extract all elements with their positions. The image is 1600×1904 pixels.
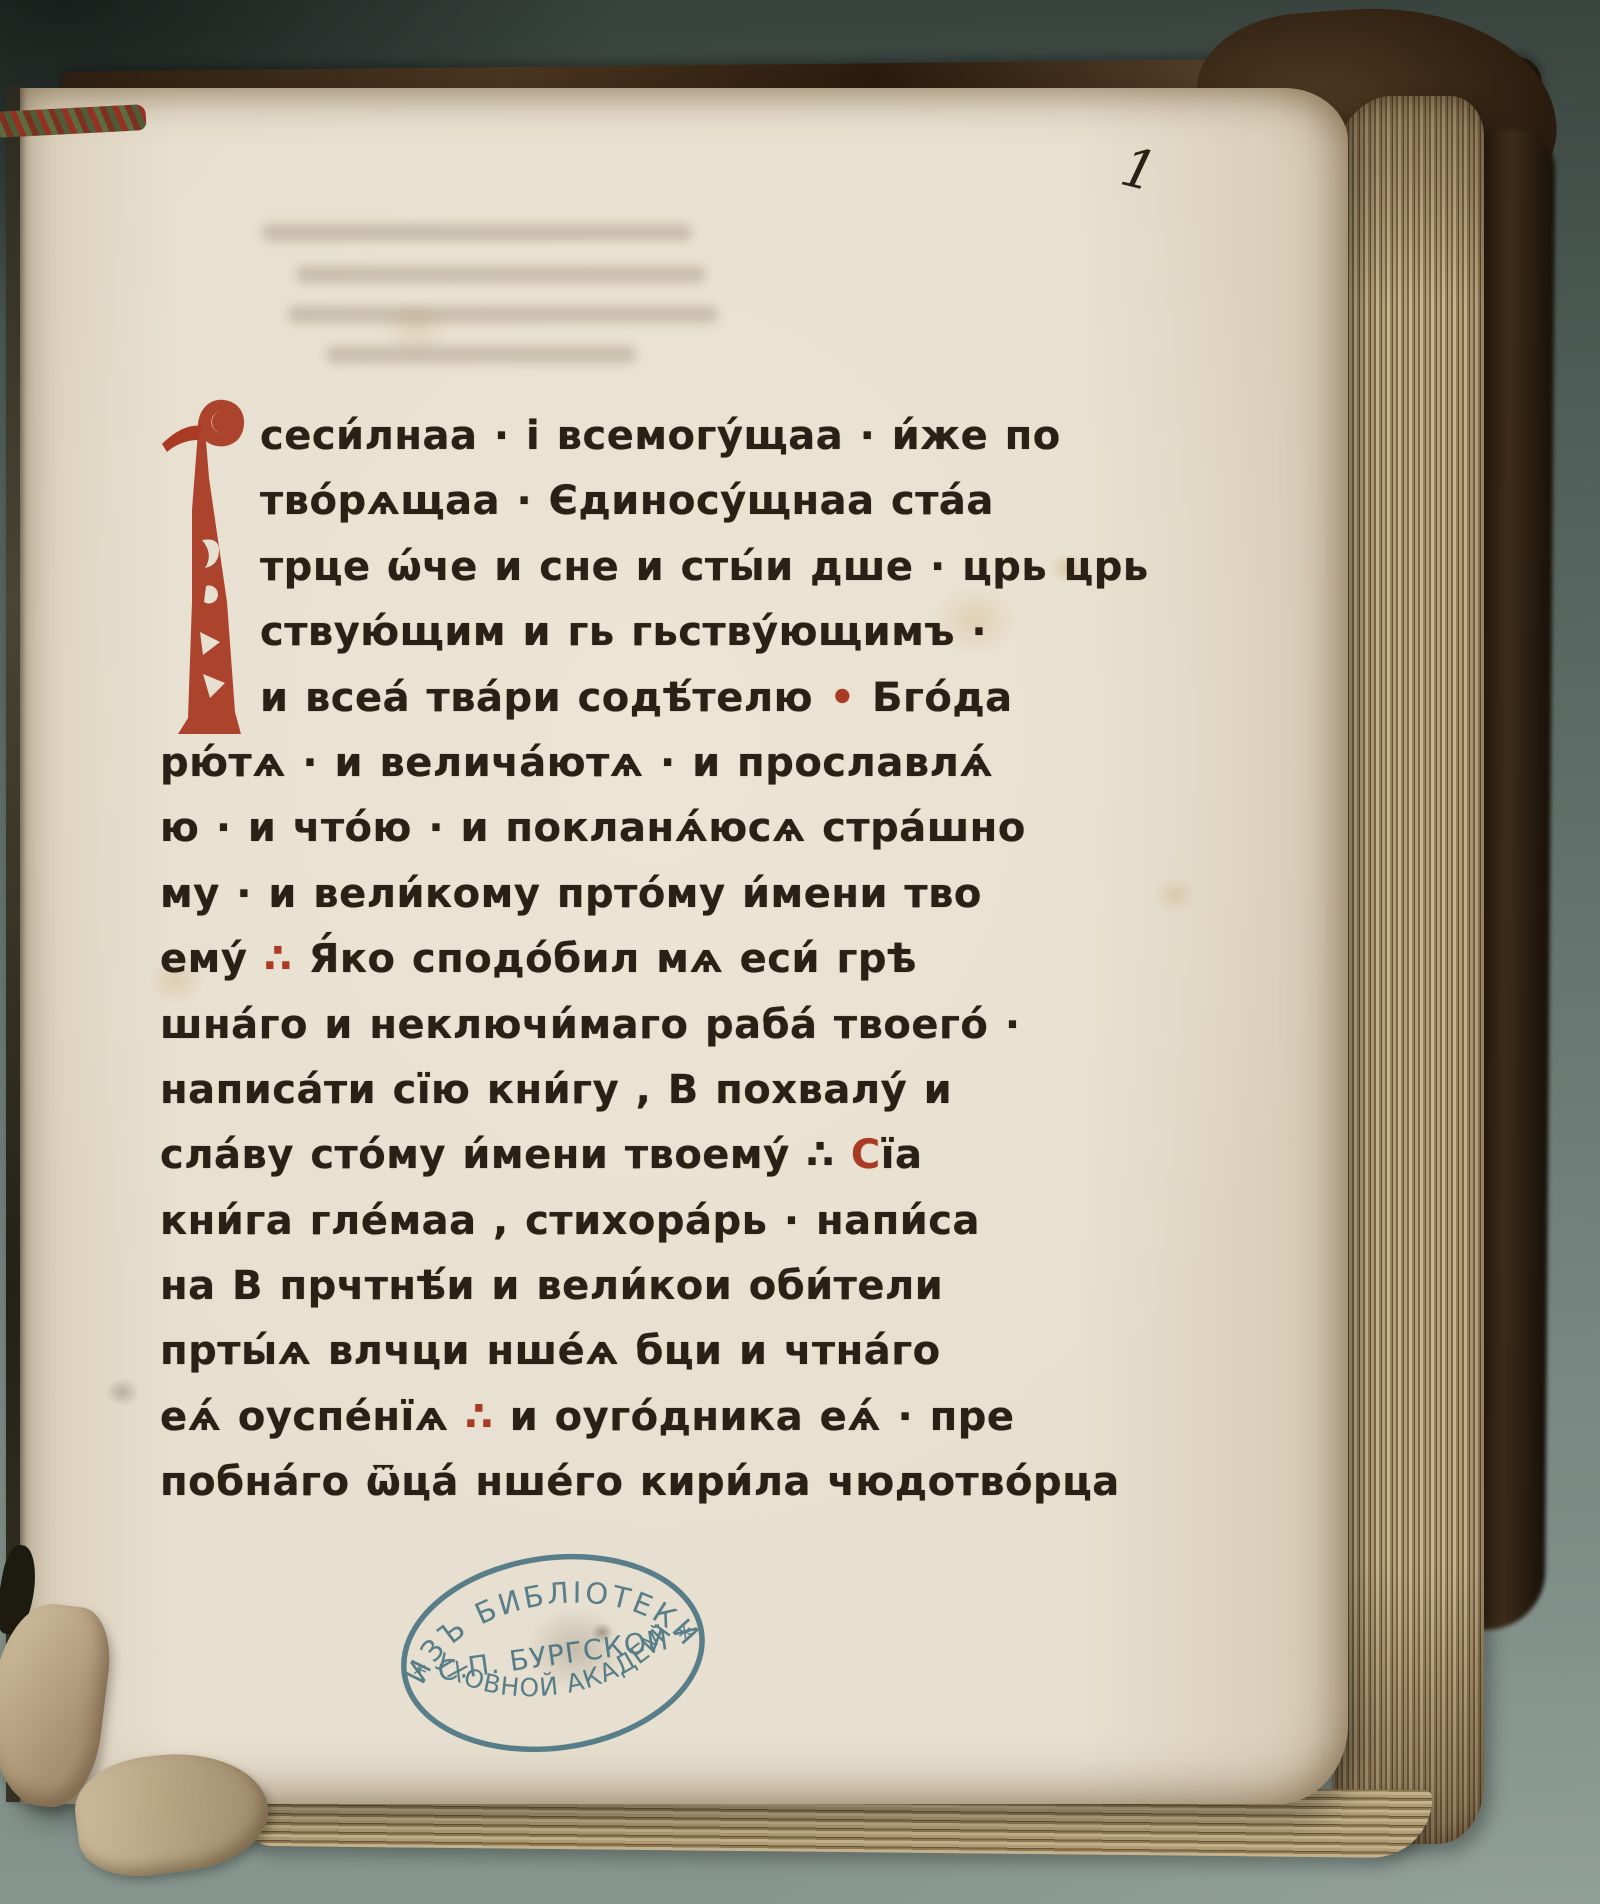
text-run: побна́го ѿца́ нше́го кири́ла чюдотво́рца: [160, 1459, 1120, 1505]
text-run: и всеа́ тва́ри содѣ́телю: [260, 675, 829, 721]
manuscript-line: рю́тѧ · и велича́ютѧ · и прославлѧ́: [160, 731, 1090, 796]
manuscript-line: трце ѡ́че и сне и сты́и дше · црь црь: [160, 535, 1090, 600]
show-through-text-line: [296, 266, 706, 283]
text-run: їа: [881, 1132, 923, 1178]
text-run: и оуго́дника еѧ́ · пре: [493, 1394, 1014, 1440]
rubric-text-run: •: [829, 675, 855, 721]
text-run: написа́ти сїю кни́гу , В похвалу́ и: [160, 1067, 952, 1113]
manuscript-line: на В прчтнѣ́и и вели́кои оби́тели: [160, 1254, 1090, 1319]
manuscript-line: побна́го ѿца́ нше́го кири́ла чюдотво́рца: [160, 1450, 1090, 1515]
library-stamp: ИЗЪ БИБЛІОТЕКИ * С.П. БУРГСКОЙ * ДУХОВНО…: [375, 1524, 732, 1783]
manuscript-line: шна́го и неключи́маго раба́ твоего́ ·: [160, 993, 1090, 1058]
text-run: му · и вели́кому прто́му и́мени тво: [160, 871, 982, 917]
text-run: трце ѡ́че и сне и сты́и дше · црь црь: [260, 544, 1149, 590]
text-run: еѧ́ оуспе́нїѧ: [160, 1394, 465, 1440]
manuscript-photo: 1 сеси́лнаа · і всемогу́щаа · и́же потво…: [0, 0, 1600, 1904]
manuscript-line: прты́ѧ влчци нше́ѧ бци и чтна́го: [160, 1319, 1090, 1384]
text-run: на В прчтнѣ́и и вели́кои оби́тели: [160, 1263, 943, 1309]
rubric-text-run: ∴: [465, 1394, 493, 1440]
text-run: шна́го и неключи́маго раба́ твоего́ ·: [160, 1002, 1021, 1048]
text-run: кни́га гле́маа , стихора́рь · напи́са: [160, 1198, 980, 1244]
manuscript-line: написа́ти сїю кни́гу , В похвалу́ и: [160, 1058, 1090, 1123]
text-run: прты́ѧ влчци нше́ѧ бци и чтна́го: [160, 1328, 941, 1374]
text-run: сла́ву сто́му и́мени твоему́ ∴: [160, 1132, 851, 1178]
manuscript-line: ствую́щим и гь гьству́ющимъ ·: [160, 600, 1090, 665]
manuscript-line: кни́га гле́маа , стихора́рь · напи́са: [160, 1189, 1090, 1254]
show-through-text-line: [262, 224, 692, 241]
manuscript-line: му · и вели́кому прто́му и́мени тво: [160, 862, 1090, 927]
text-run: ему́: [160, 936, 264, 982]
show-through-text-line: [326, 346, 636, 363]
text-run: ю · и что́ю · и покланѧ́юсѧ стра́шно: [160, 805, 1026, 851]
text-run: рю́тѧ · и велича́ютѧ · и прославлѧ́: [160, 740, 993, 786]
text-run: ствую́щим и гь гьству́ющимъ ·: [260, 609, 987, 655]
manuscript-line: тво́рѧщаа · Єдиносу́щнаа ста́а: [160, 469, 1090, 534]
page-block-fore-edge: [1332, 96, 1484, 1844]
manuscript-line: сла́ву сто́му и́мени твоему́ ∴ Сїа: [160, 1123, 1090, 1188]
manuscript-line: сеси́лнаа · і всемогу́щаа · и́же по: [160, 404, 1090, 469]
text-run: тво́рѧщаа · Єдиносу́щнаа ста́а: [260, 478, 994, 524]
manuscript-line: и всеа́ тва́ри содѣ́телю • Бго́да: [160, 666, 1090, 731]
manuscript-line: еѧ́ оуспе́нїѧ ∴ и оуго́дника еѧ́ · пре: [160, 1385, 1090, 1450]
text-run: сеси́лнаа · і всемогу́щаа · и́же по: [260, 413, 1061, 459]
text-run: Бго́да: [856, 675, 1013, 721]
manuscript-line: ю · и что́ю · и покланѧ́юсѧ стра́шно: [160, 796, 1090, 861]
rubric-text-run: ∴: [264, 936, 292, 982]
manuscript-line: ему́ ∴ Я́ко сподо́бил мѧ еси́ грѣ: [160, 927, 1090, 992]
manuscript-text-block: сеси́лнаа · і всемогу́щаа · и́же потво́р…: [160, 404, 1090, 1516]
rubric-text-run: С: [851, 1132, 881, 1178]
show-through-text-line: [288, 306, 718, 323]
text-run: Я́ко сподо́бил мѧ еси́ грѣ: [292, 936, 917, 982]
